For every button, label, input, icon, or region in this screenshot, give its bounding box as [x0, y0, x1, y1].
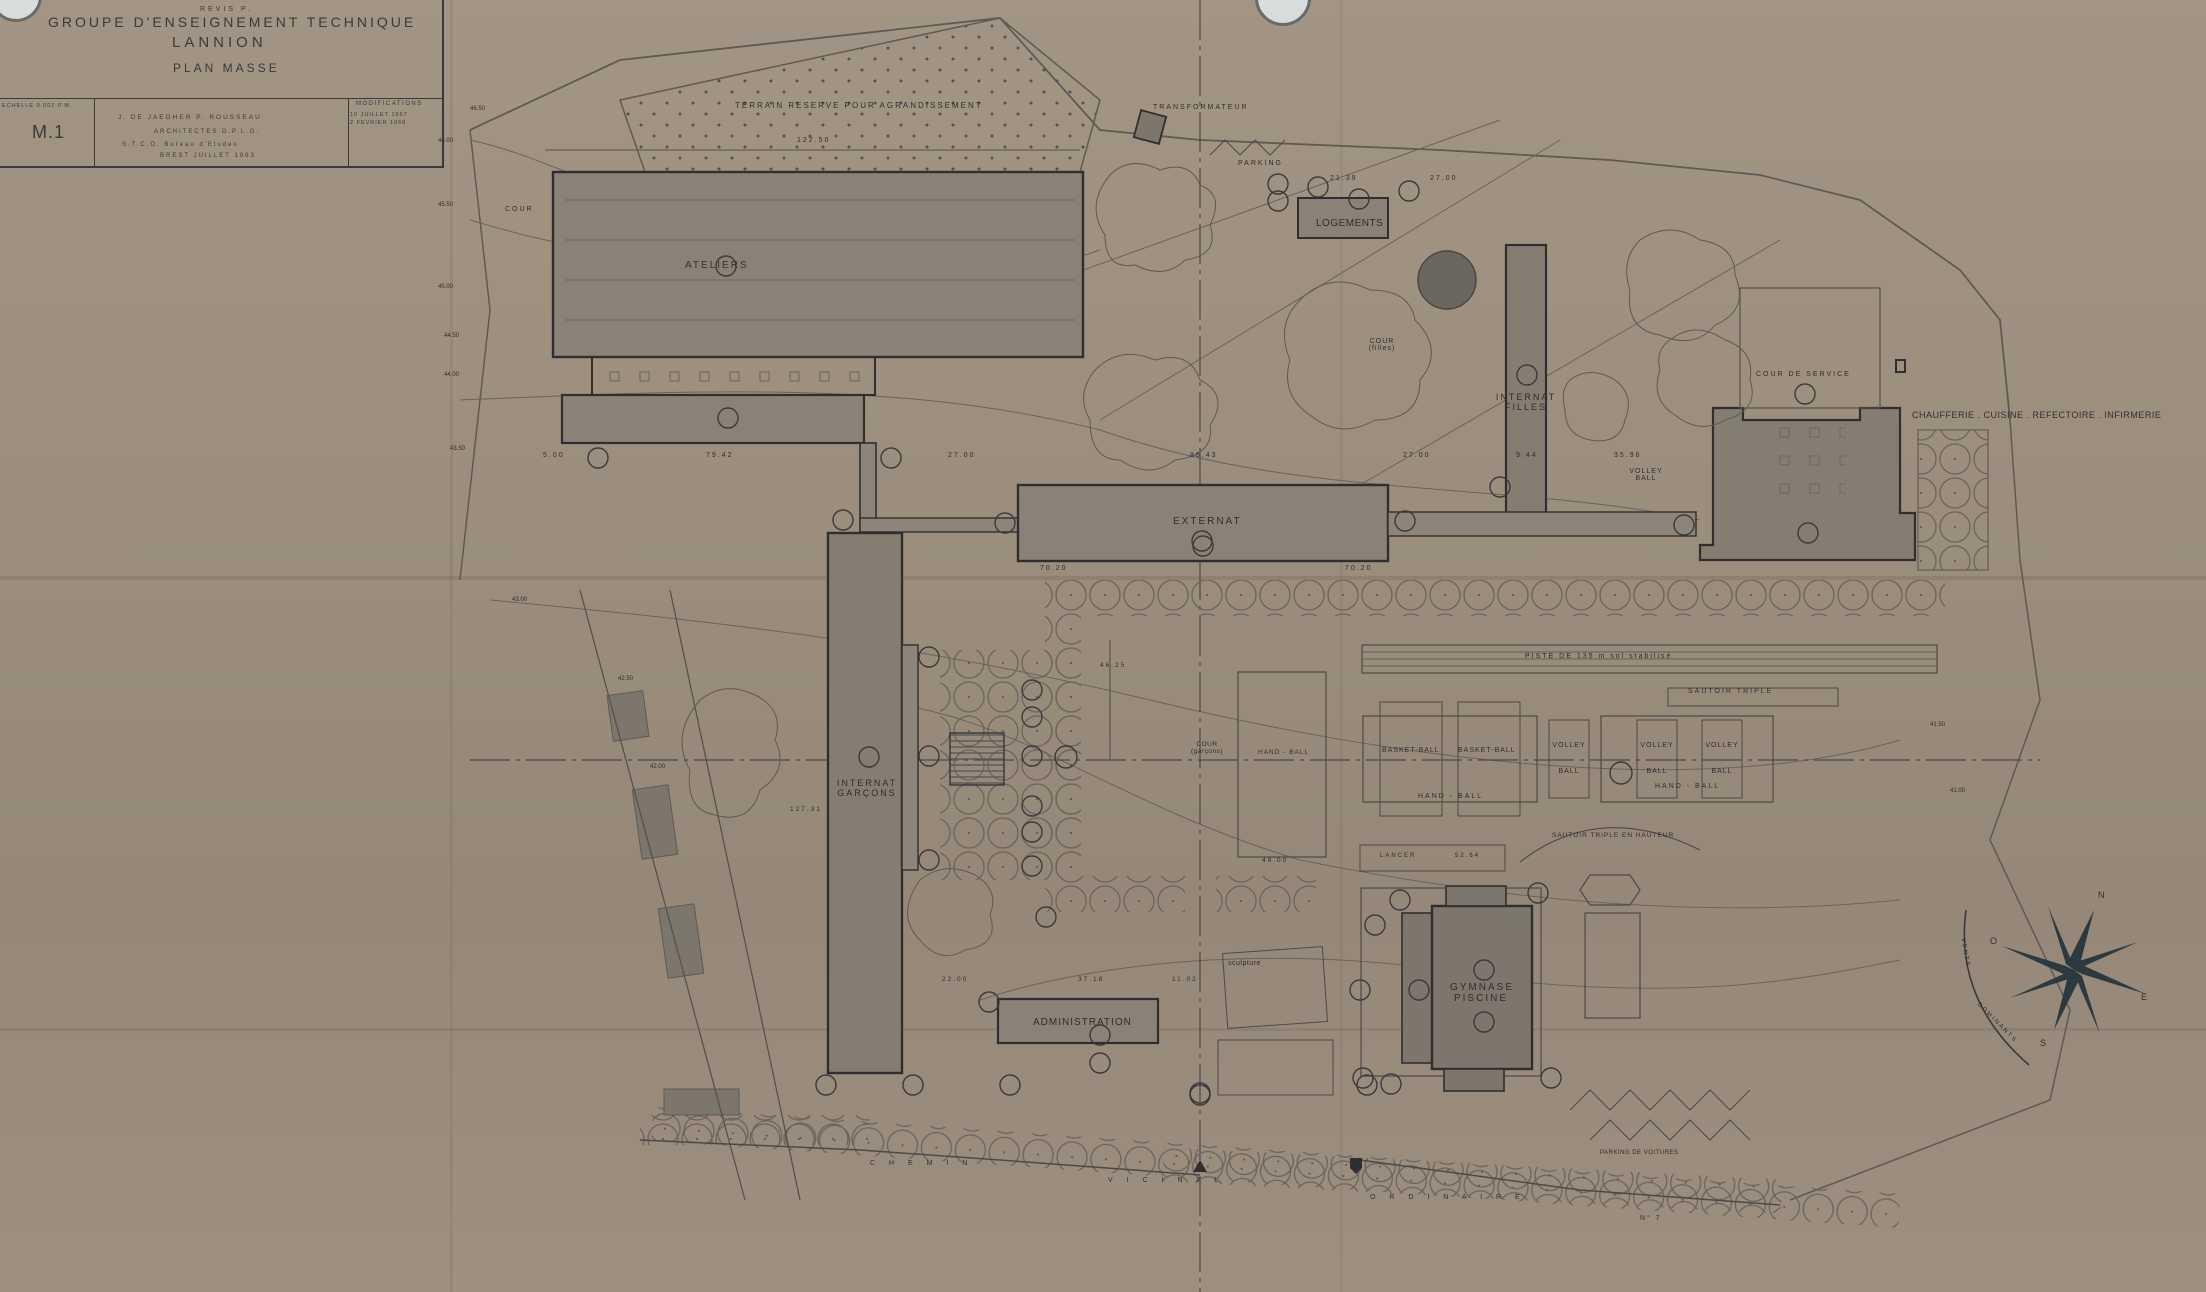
contour-label: 41.50 — [1930, 722, 1945, 728]
label-volley-3: VOLLEY BALL — [1704, 733, 1740, 785]
contour-label: 45.50 — [438, 202, 453, 208]
dim-admin-width: 37.18 — [1078, 976, 1104, 983]
label-parking-voitures: PARKING DE VOITURES — [1600, 1150, 1678, 1156]
contour-label: 41.00 — [1950, 788, 1965, 794]
label-volley-2: VOLLEY BALL — [1639, 733, 1675, 785]
label-logements: LOGEMENTS — [1316, 218, 1383, 229]
dim-logements-width: 21.39 — [1330, 175, 1358, 182]
compass-north: N — [2098, 890, 2107, 900]
label-cour-garcons: COUR (garçons) — [1190, 741, 1224, 755]
label-terrain-reserve: TERRAIN RESERVE POUR AGRANDISSEMENT — [735, 101, 983, 110]
title-block-col1 — [94, 98, 95, 166]
label-handball-1: HAND - BALL — [1418, 793, 1483, 800]
label-road-number: N° 7 — [1640, 1215, 1662, 1222]
label-cour: COUR — [505, 206, 534, 213]
title-town: LANNION — [172, 34, 267, 51]
title-place-date: BREST JUILLET 1963 — [160, 153, 256, 159]
label-piste: PISTE DE 135 m sol stabilisé — [1525, 653, 1672, 660]
label-transformateur: TRANSFORMATEUR — [1153, 104, 1249, 111]
modification-entry: 2 FEVRIER 1968 — [350, 120, 406, 126]
label-volley-1: VOLLEY BALL — [1551, 733, 1587, 785]
dim-cour-height: 46.25 — [1100, 662, 1126, 669]
label-basket-2: BASKET-BALL — [1458, 747, 1516, 754]
dim-gap1: 27.00 — [948, 452, 976, 459]
label-sculpture: sculpture — [1228, 960, 1261, 967]
label-road-chemin: C H E M I N — [870, 1160, 973, 1167]
site-plan-sheet: REVIS P. GROUPE D'ENSEIGNEMENT TECHNIQUE… — [0, 0, 2206, 1292]
label-ateliers: ATELIERS — [685, 260, 749, 271]
contour-label: 44.00 — [444, 372, 459, 378]
label-volley-north: VOLLEY BALL — [1628, 468, 1664, 482]
modifications-title: MODIFICATIONS — [356, 101, 423, 107]
dim-internat-filles-width: 9.44 — [1516, 452, 1538, 459]
label-handball-2: HAND - BALL — [1655, 783, 1720, 790]
contour-label: 43.00 — [512, 597, 527, 603]
dim-externat-right: 70.20 — [1345, 565, 1373, 572]
contour-label: 46.50 — [470, 106, 485, 112]
dim-admin-right: 11.02 — [1172, 976, 1198, 983]
label-gymnase-piscine: GYMNASE PISCINE — [1450, 982, 1512, 1004]
label-sautoir-triple: SAUTOIR TRIPLE — [1688, 688, 1773, 695]
label-road-vicinal: V I C I N A L — [1108, 1177, 1224, 1184]
contour-label: 44.50 — [444, 333, 459, 339]
dim-logements-gap: 27.00 — [1430, 175, 1458, 182]
modification-entry: 10 JUILLET 1967 — [350, 112, 408, 118]
contour-label: 43.50 — [450, 446, 465, 452]
title-block-divider — [0, 98, 442, 99]
contour-label: 45.00 — [438, 284, 453, 290]
title-institution: GROUPE D'ENSEIGNEMENT TECHNIQUE — [48, 14, 416, 30]
site-plan-drawing — [0, 0, 2206, 1292]
label-cour-filles: COUR (filles) — [1362, 338, 1402, 352]
compass-south: S — [2040, 1038, 2048, 1048]
sheet-number: M.1 — [32, 122, 65, 143]
title-revision-note: REVIS P. — [200, 6, 253, 13]
title-scale: ECHELLE 0.002 P.M. — [2, 103, 72, 109]
contour-label: 46.00 — [438, 138, 453, 144]
dim-admin-left: 22.00 — [942, 976, 968, 983]
title-block: REVIS P. GROUPE D'ENSEIGNEMENT TECHNIQUE… — [0, 0, 444, 168]
dim-lancer-width: 52.64 — [1455, 853, 1480, 859]
dim-gap2: 27.00 — [1403, 452, 1431, 459]
label-administration: ADMINISTRATION — [1033, 1017, 1132, 1028]
label-internat-filles: INTERNAT FILLES — [1494, 392, 1558, 412]
contour-label: 42.00 — [650, 764, 665, 770]
label-basket-1: BASKET-BALL — [1382, 747, 1440, 754]
dim-500: 5.00 — [543, 452, 565, 459]
contour-label: 42.50 — [618, 676, 633, 682]
dim-terrain-width: 122.50 — [797, 137, 830, 144]
dim-ateliers-width: 79.42 — [706, 452, 734, 459]
title-plan-masse: PLAN MASSE — [173, 61, 280, 75]
dim-externat-left: 70.20 — [1040, 565, 1068, 572]
dim-internat-garcons-height: 127.31 — [790, 806, 822, 813]
label-lancer: LANCER — [1380, 853, 1416, 859]
label-parking: PARKING — [1238, 160, 1283, 167]
label-externat: EXTERNAT — [1173, 516, 1242, 527]
label-cour-service: COUR DE SERVICE — [1756, 371, 1851, 378]
title-block-col2 — [348, 98, 349, 166]
title-architects-role: ARCHITECTES D.P.L.G. — [154, 129, 260, 135]
label-road-ordinaire: O R D I N A I R E — [1370, 1194, 1526, 1201]
title-architects: J. DE JAEGHER P. ROUSSEAU — [118, 114, 262, 121]
dim-volley-width: 35.96 — [1614, 452, 1642, 459]
dim-handball-width: 49.00 — [1262, 857, 1288, 864]
title-office: S.T.C.O. Bureau d'Etudes — [122, 142, 239, 148]
compass-west: O — [1990, 936, 1999, 946]
dim-externat-width: 86.43 — [1190, 452, 1218, 459]
label-restauration: CHAUFFERIE . CUISINE . REFECTOIRE . INFI… — [1912, 410, 2161, 420]
label-sautoir-hauteur: SAUTOIR TRIPLE EN HAUTEUR — [1552, 832, 1674, 839]
label-internat-garcons: INTERNAT GARÇONS — [833, 778, 901, 798]
compass-east: E — [2141, 992, 2149, 1002]
label-handball-cour: HAND - BALL — [1258, 749, 1309, 756]
